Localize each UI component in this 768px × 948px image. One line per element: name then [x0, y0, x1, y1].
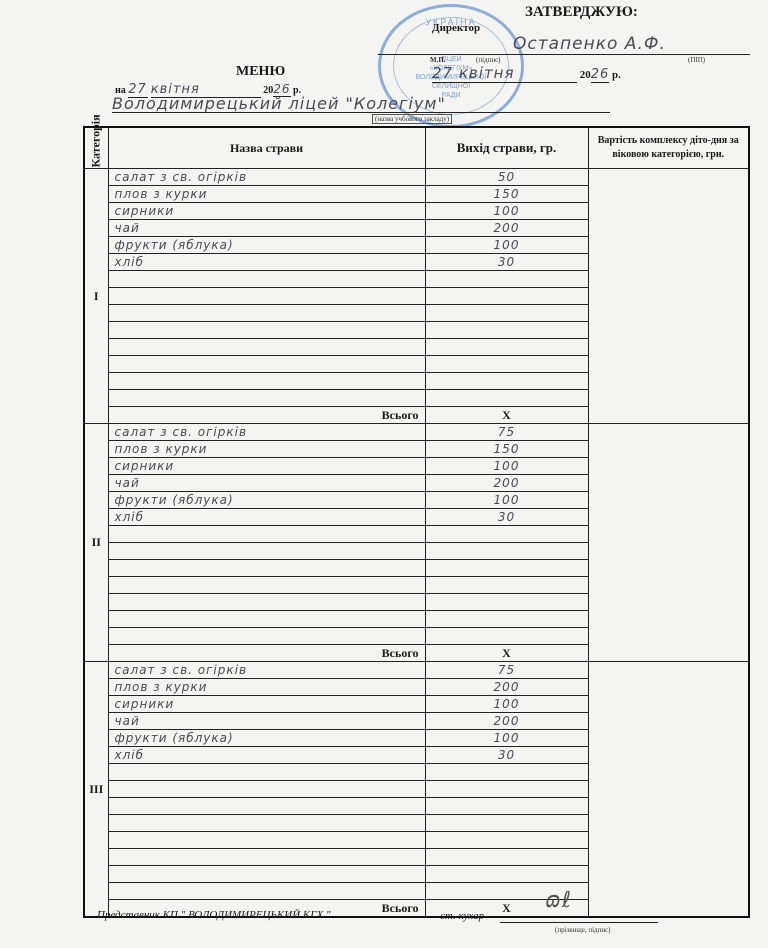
dish-name-cell: [108, 594, 425, 611]
dish-weight-cell: [425, 815, 588, 832]
table-row: IIIсалат з св. огірків75: [84, 662, 749, 679]
dish-name-cell: хліб: [108, 747, 425, 764]
dish-name-cell: [108, 356, 425, 373]
dish-weight-cell: [425, 390, 588, 407]
dish-weight-cell: 30: [425, 509, 588, 526]
dish-weight-cell: 200: [425, 220, 588, 237]
dish-weight-cell: 200: [425, 679, 588, 696]
dish-name-cell: [108, 764, 425, 781]
table-row: Iсалат з св. огірків50: [84, 169, 749, 186]
footer-signature-line: [500, 918, 658, 923]
dish-weight-cell: [425, 356, 588, 373]
dish-name-cell: [108, 866, 425, 883]
dish-weight-cell: 30: [425, 747, 588, 764]
category-cell: III: [84, 662, 108, 918]
dish-weight-cell: [425, 543, 588, 560]
column-header-dish: Назва страви: [108, 127, 425, 169]
table-row: IIсалат з св. огірків75: [84, 424, 749, 441]
approval-signer-name: Остапенко А.Ф.: [513, 34, 666, 54]
approval-date: 27 квітня 2026 р.: [432, 64, 642, 83]
total-value: X: [425, 407, 588, 424]
dish-weight-cell: [425, 832, 588, 849]
table-header-row: Категорія Назва страви Вихід страви, гр.…: [84, 127, 749, 169]
dish-name-cell: [108, 305, 425, 322]
dish-weight-cell: 100: [425, 696, 588, 713]
dish-weight-cell: 200: [425, 713, 588, 730]
dish-weight-cell: 100: [425, 730, 588, 747]
dish-name-cell: фрукти (яблука): [108, 730, 425, 747]
page-title: МЕНЮ: [236, 64, 285, 80]
dish-name-cell: [108, 883, 425, 900]
dish-name-cell: чай: [108, 713, 425, 730]
cost-cell: [588, 169, 749, 424]
cook-signature: ɷℓ: [545, 888, 572, 913]
dish-weight-cell: 100: [425, 237, 588, 254]
dish-name-cell: сирники: [108, 458, 425, 475]
column-header-category: Категорія: [84, 127, 108, 169]
dish-name-cell: салат з св. огірків: [108, 169, 425, 186]
dish-name-cell: [108, 628, 425, 645]
dish-name-cell: плов з курки: [108, 186, 425, 203]
institution-name: Володимирецький ліцей "Колегіум": [112, 94, 610, 113]
dish-weight-cell: 50: [425, 169, 588, 186]
dish-name-cell: салат з св. огірків: [108, 424, 425, 441]
dish-name-cell: хліб: [108, 509, 425, 526]
dish-weight-cell: 100: [425, 458, 588, 475]
cost-cell: [588, 424, 749, 662]
dish-name-cell: хліб: [108, 254, 425, 271]
dish-weight-cell: [425, 764, 588, 781]
dish-weight-cell: [425, 322, 588, 339]
dish-name-cell: чай: [108, 475, 425, 492]
dish-name-cell: [108, 390, 425, 407]
dish-name-cell: [108, 322, 425, 339]
dish-name-cell: [108, 526, 425, 543]
dish-name-cell: [108, 288, 425, 305]
dish-weight-cell: 75: [425, 662, 588, 679]
mp-label: М.П.: [430, 56, 446, 64]
dish-name-cell: [108, 543, 425, 560]
approval-position: Директор: [432, 22, 480, 34]
category-cell: II: [84, 424, 108, 662]
dish-name-cell: [108, 611, 425, 628]
dish-name-cell: [108, 832, 425, 849]
footer-role: ст. кухар: [440, 910, 484, 922]
total-label: Всього: [108, 645, 425, 662]
dish-weight-cell: [425, 594, 588, 611]
dish-name-cell: [108, 373, 425, 390]
menu-table: Категорія Назва страви Вихід страви, гр.…: [83, 126, 750, 918]
dish-name-cell: плов з курки: [108, 441, 425, 458]
dish-weight-cell: [425, 339, 588, 356]
dish-name-cell: [108, 271, 425, 288]
cost-cell: [588, 662, 749, 918]
dish-weight-cell: [425, 271, 588, 288]
approval-title: ЗАТВЕРДЖУЮ:: [525, 4, 638, 21]
dish-name-cell: [108, 781, 425, 798]
dish-weight-cell: [425, 305, 588, 322]
dish-name-cell: [108, 339, 425, 356]
dish-name-cell: сирники: [108, 696, 425, 713]
total-label: Всього: [108, 407, 425, 424]
institution-hint: (назва учбового закладу): [372, 114, 452, 124]
dish-name-cell: [108, 577, 425, 594]
dish-weight-cell: [425, 798, 588, 815]
name-hint: (ПІП): [688, 56, 705, 64]
dish-name-cell: [108, 560, 425, 577]
dish-weight-cell: 150: [425, 186, 588, 203]
dish-name-cell: фрукти (яблука): [108, 237, 425, 254]
dish-weight-cell: 200: [425, 475, 588, 492]
dish-name-cell: плов з курки: [108, 679, 425, 696]
dish-weight-cell: 100: [425, 492, 588, 509]
column-header-weight: Вихід страви, гр.: [425, 127, 588, 169]
dish-name-cell: салат з св. огірків: [108, 662, 425, 679]
dish-name-cell: [108, 798, 425, 815]
dish-weight-cell: [425, 781, 588, 798]
dish-weight-cell: [425, 628, 588, 645]
dish-weight-cell: 100: [425, 203, 588, 220]
dish-weight-cell: [425, 526, 588, 543]
footer-representative: Представник КП " ВОЛОДИМИРЕЦЬКИЙ КГХ ": [97, 909, 331, 921]
dish-weight-cell: [425, 560, 588, 577]
dish-weight-cell: [425, 866, 588, 883]
dish-weight-cell: 30: [425, 254, 588, 271]
column-header-cost: Вартість комплексу діто-дня за віковою к…: [588, 127, 749, 169]
dish-name-cell: фрукти (яблука): [108, 492, 425, 509]
dish-weight-cell: [425, 288, 588, 305]
dish-weight-cell: [425, 849, 588, 866]
approval-signature-line: Остапенко А.Ф.: [378, 36, 750, 55]
total-value: X: [425, 645, 588, 662]
dish-name-cell: [108, 849, 425, 866]
dish-name-cell: чай: [108, 220, 425, 237]
footer-signature-hint: (прізвище, підпис): [555, 926, 611, 934]
dish-weight-cell: 150: [425, 441, 588, 458]
dish-weight-cell: [425, 611, 588, 628]
signature-hint: (підпис): [476, 56, 501, 64]
category-cell: I: [84, 169, 108, 424]
dish-name-cell: сирники: [108, 203, 425, 220]
dish-weight-cell: [425, 577, 588, 594]
dish-name-cell: [108, 815, 425, 832]
dish-weight-cell: [425, 373, 588, 390]
dish-weight-cell: 75: [425, 424, 588, 441]
menu-table-body: Iсалат з св. огірків50плов з курки150сир…: [84, 169, 749, 918]
